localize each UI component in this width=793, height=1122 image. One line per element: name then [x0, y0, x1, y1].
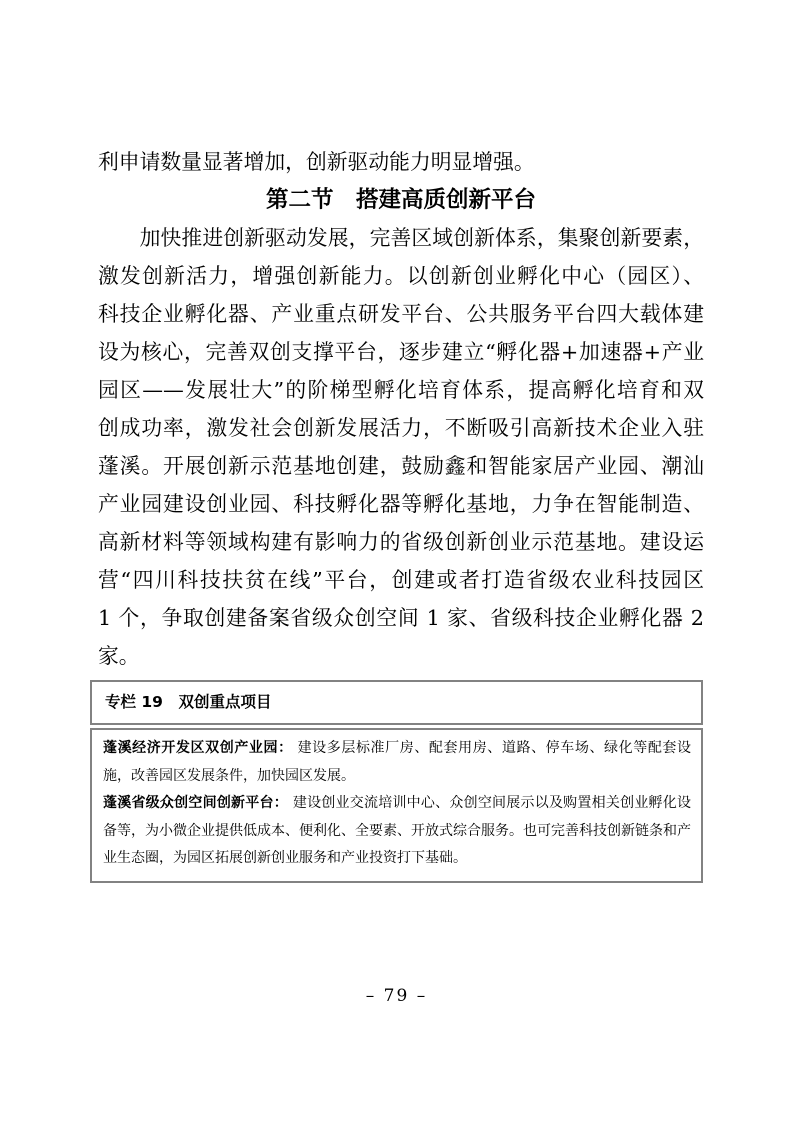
feature-column-header: 专栏 19 双创重点项目 [90, 680, 703, 725]
body-text-line: 加快推进创新驱动发展，完善区域创新体系，集聚创新要素， [98, 219, 704, 257]
page-content: 利申请数量显著增加，创新驱动能力明显增强。 第二节 搭建高质创新平台 加快推进创… [98, 143, 704, 883]
feature-column-body: 蓬溪经济开发区双创产业园：建设多层标准厂房、配套用房、道路、停车场、绿化等配套设… [90, 728, 703, 883]
page-number: – 79 – [0, 986, 793, 1006]
body-text-line: 设为核心，完善双创支撑平台，逐步建立“孵化器+加速器+产业 [98, 333, 704, 371]
document-page: 利申请数量显著增加，创新驱动能力明显增强。 第二节 搭建高质创新平台 加快推进创… [0, 0, 793, 1122]
project-item: 蓬溪经济开发区双创产业园：建设多层标准厂房、配套用房、道路、停车场、绿化等配套设… [103, 735, 691, 790]
body-text-line: 1 个，争取创建备案省级众创空间 1 家、省级科技企业孵化器 2 [98, 599, 704, 637]
section-heading: 第二节 搭建高质创新平台 [98, 181, 704, 219]
project-item-title: 蓬溪省级众创空间创新平台： [103, 795, 288, 811]
project-item: 蓬溪省级众创空间创新平台：建设创业交流培训中心、众创空间展示以及购置相关创业孵化… [103, 790, 691, 873]
body-text-line: 创成功率，激发社会创新发展活力，不断吸引高新技术企业入驻 [98, 409, 704, 447]
feature-column-box: 专栏 19 双创重点项目 蓬溪经济开发区双创产业园：建设多层标准厂房、配套用房、… [90, 680, 703, 883]
body-text-line: 营“四川科技扶贫在线”平台，创建或者打造省级农业科技园区 [98, 561, 704, 599]
body-paragraph: 加快推进创新驱动发展，完善区域创新体系，集聚创新要素， 激发创新活力，增强创新能… [98, 219, 704, 675]
body-text-line: 蓬溪。开展创新示范基地创建，鼓励鑫和智能家居产业园、潮汕 [98, 447, 704, 485]
body-text-line: 高新材料等领域构建有影响力的省级创新创业示范基地。建设运 [98, 523, 704, 561]
body-text-line: 激发创新活力，增强创新能力。以创新创业孵化中心（园区）、 [98, 257, 704, 295]
body-text-line: 产业园建设创业园、科技孵化器等孵化基地，力争在智能制造、 [98, 485, 704, 523]
body-text-line: 园区——发展壮大”的阶梯型孵化培育体系，提高孵化培育和双 [98, 371, 704, 409]
paragraph-continuation-line: 利申请数量显著增加，创新驱动能力明显增强。 [98, 143, 704, 181]
body-text-line: 家。 [98, 637, 704, 675]
body-text-line: 科技企业孵化器、产业重点研发平台、公共服务平台四大载体建 [98, 295, 704, 333]
project-item-title: 蓬溪经济开发区双创产业园： [103, 740, 293, 756]
